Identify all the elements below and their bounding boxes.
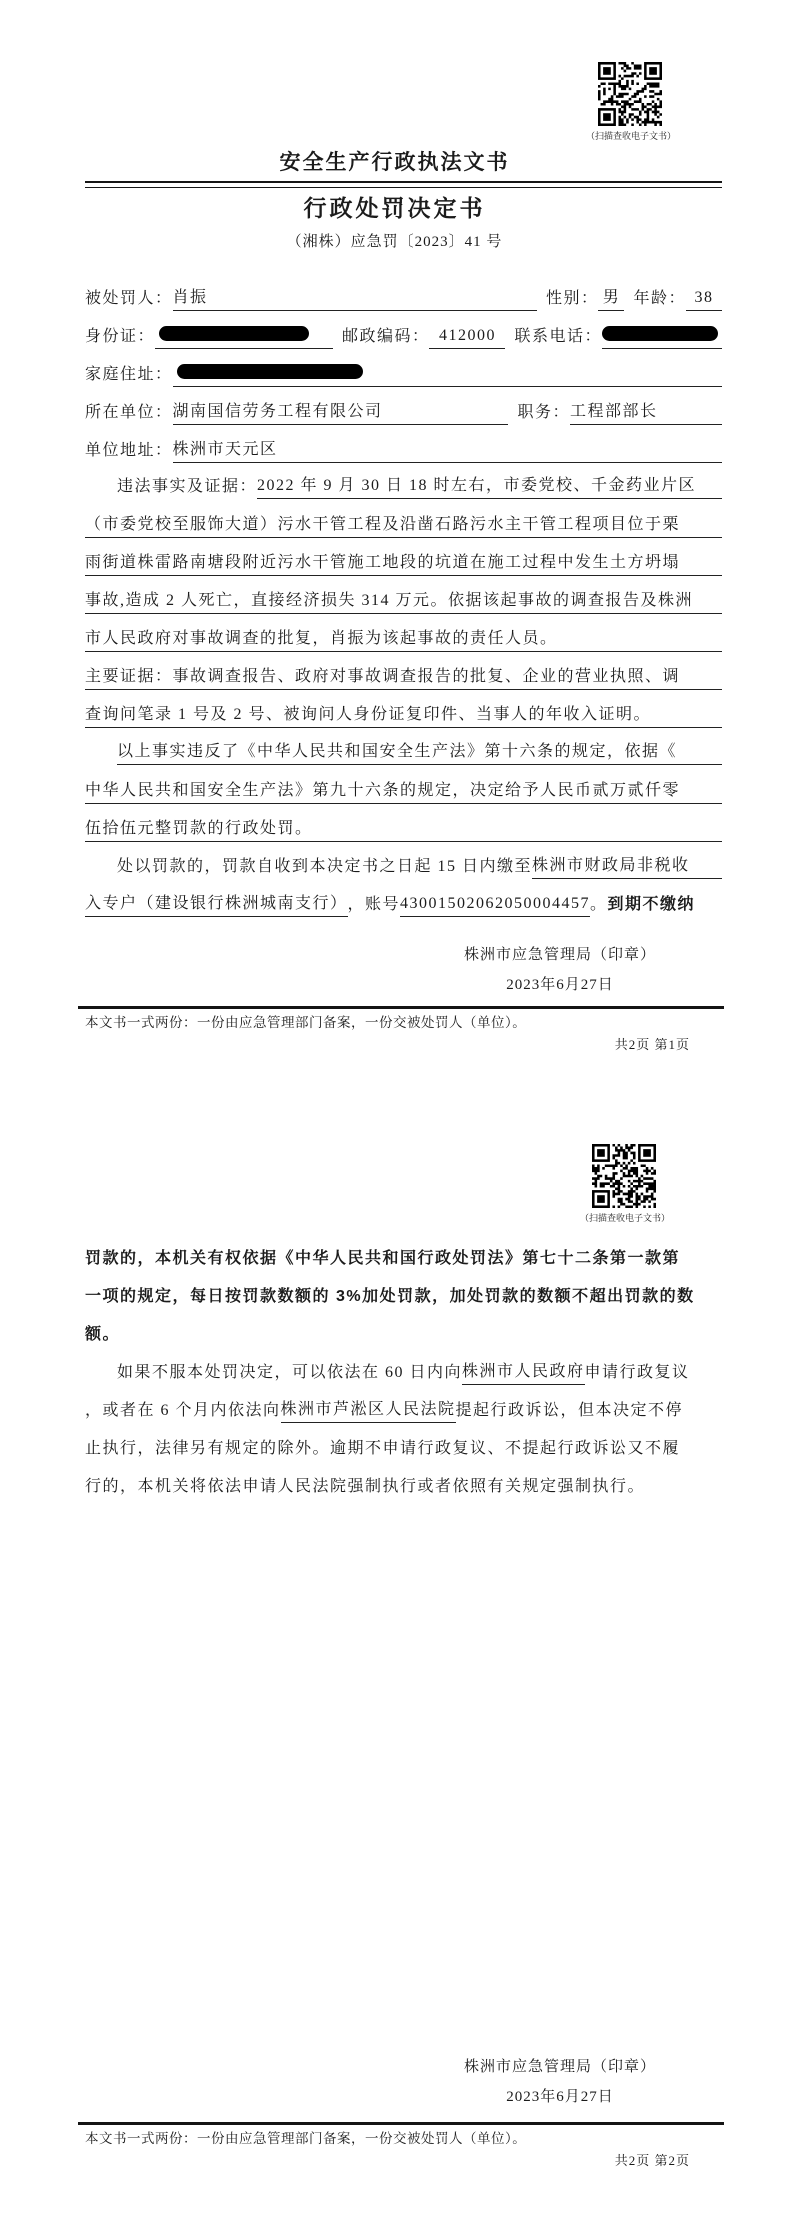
field-value-age: 38 — [686, 285, 722, 311]
facts-line: 违法事实及证据： 2022 年 9 月 30 日 18 时左右，市委党校、千金药… — [85, 474, 722, 499]
field-label-employer: 所在单位： — [85, 400, 173, 425]
facts-line: （市委党校至服饰大道）污水干管工程及沿凿石路污水主干管工程项目位于栗 — [85, 512, 722, 538]
signature-block: 株洲市应急管理局（印章） 2023年6月27日 — [430, 2052, 690, 2112]
surcharge-line: 额。 — [85, 1322, 722, 1347]
evidence-line: 主要证据：事故调查报告、政府对事故调查报告的批复、企业的营业执照、调 — [85, 664, 722, 690]
payment-text: 。 — [590, 892, 608, 917]
appeal-line: 止执行，法律另有规定的除外。逾期不申请行政复议、不提起行政诉讼又不履 — [85, 1436, 722, 1461]
field-row-employer: 所在单位： 湖南国信劳务工程有限公司 职务： 工程部部长 — [85, 400, 722, 425]
qr-caption: （扫描查收电子文书） — [550, 1211, 700, 1224]
appeal-court: 株洲市芦淞区人民法院 — [281, 1397, 456, 1423]
appeal-text: 如果不服本处罚决定，可以依法在 60 日内向 — [117, 1360, 462, 1385]
surcharge-line: 罚款的，本机关有权依据《中华人民共和国行政处罚法》第七十二条第一款第 — [85, 1246, 722, 1271]
evidence-line: 查询问笔录 1 号及 2 号、被询问人身份证复印件、当事人的年收入证明。 — [85, 702, 722, 728]
qr-code-icon — [598, 62, 662, 126]
field-row-unit-address: 单位地址： 株洲市天元区 — [85, 438, 722, 463]
field-label-position: 职务： — [517, 400, 570, 425]
ruling-text: 以上事实违反了《中华人民共和国安全生产法》第十六条的规定，依据《 — [117, 739, 722, 765]
field-label-id: 身份证： — [85, 324, 155, 349]
redaction-box-phone — [602, 326, 718, 341]
footer-divider — [78, 2122, 724, 2125]
field-label-gender: 性别： — [546, 286, 599, 311]
qr-code-icon — [592, 1144, 656, 1208]
field-value-unit-address: 株洲市天元区 — [173, 437, 722, 463]
signature-date: 2023年6月27日 — [430, 970, 690, 1000]
field-label-home: 家庭住址： — [85, 362, 173, 387]
surcharge-line: 一项的规定，每日按罚款数额的 3%加处罚款，加处罚款的数额不超出罚款的数 — [85, 1284, 722, 1309]
doc-number: （湘株）应急罚〔2023〕41 号 — [0, 230, 789, 251]
field-label-phone: 联系电话： — [514, 324, 602, 349]
field-label-punished: 被处罚人： — [85, 286, 173, 311]
page-indicator: 共2页 第2页 — [85, 2150, 690, 2169]
redaction-box-id — [159, 326, 309, 341]
payment-text: 处以罚款的，罚款自收到本决定书之日起 15 日内缴至 — [117, 854, 532, 879]
facts-line: 事故,造成 2 人死亡，直接经济损失 314 万元。依据该起事故的调查报告及株洲 — [85, 588, 722, 614]
facts-line: 市人民政府对事故调查的批复，肖振为该起事故的责任人员。 — [85, 626, 722, 652]
decision-title: 行政处罚决定书 — [0, 190, 789, 223]
payment-text: ，账号 — [348, 892, 401, 917]
appeal-authority: 株洲市人民政府 — [462, 1359, 585, 1385]
field-row-home-address: 家庭住址： — [85, 362, 722, 387]
double-rule-divider — [85, 181, 722, 188]
appeal-text: 申请行政复议 — [585, 1360, 690, 1385]
field-value-id — [155, 323, 333, 349]
appeal-text: 提起行政诉讼，但本决定不停 — [456, 1398, 684, 1423]
appeal-line: 如果不服本处罚决定，可以依法在 60 日内向 株洲市人民政府 申请行政复议 — [85, 1360, 722, 1385]
field-row-punished-person: 被处罚人： 肖振 性别： 男 年龄： 38 — [85, 286, 722, 311]
footer-divider — [78, 1006, 724, 1009]
payment-account-bank: 株洲市财政局非税收 — [532, 853, 722, 879]
payment-account-number: 43001502062050004457 — [400, 891, 590, 917]
appeal-line: ，或者在 6 个月内依法向 株洲市芦淞区人民法院 提起行政诉讼，但本决定不停 — [85, 1398, 722, 1423]
signature-agency: 株洲市应急管理局（印章） — [430, 2052, 690, 2082]
payment-warning-bold: 到期不缴纳 — [608, 892, 696, 917]
footer-note: 本文书一式两份：一份由应急管理部门备案，一份交被处罚人（单位）。 — [85, 1014, 722, 1032]
signature-date: 2023年6月27日 — [430, 2082, 690, 2112]
field-value-employer: 湖南国信劳务工程有限公司 — [173, 399, 509, 425]
ruling-line: 伍拾伍元整罚款的行政处罚。 — [85, 816, 722, 842]
payment-line: 处以罚款的，罚款自收到本决定书之日起 15 日内缴至 株洲市财政局非税收 — [85, 854, 722, 879]
qr-caption: （扫描查收电子文书） — [556, 129, 706, 142]
field-value-postcode: 412000 — [429, 323, 505, 349]
facts-text: 2022 年 9 月 30 日 18 时左右，市委党校、千金药业片区 — [257, 473, 722, 499]
field-value-phone — [602, 323, 722, 349]
page-indicator: 共2页 第1页 — [85, 1034, 690, 1053]
letterhead-title: 安全生产行政执法文书 — [0, 146, 789, 176]
field-row-id-postcode-phone: 身份证： 邮政编码： 412000 联系电话： — [85, 324, 722, 349]
field-label-postcode: 邮政编码： — [342, 324, 430, 349]
appeal-line: 行的，本机关将依法申请人民法院强制执行或者依照有关规定强制执行。 — [85, 1474, 722, 1499]
payment-line: 入专户（建设银行株洲城南支行） ，账号 43001502062050004457… — [85, 892, 722, 917]
ruling-line: 中华人民共和国安全生产法》第九十六条的规定，决定给予人民币贰万贰仟零 — [85, 778, 722, 804]
appeal-text: ，或者在 6 个月内依法向 — [85, 1398, 281, 1423]
facts-line: 雨街道株雷路南塘段附近污水干管施工地段的坑道在施工过程中发生土方坍塌 — [85, 550, 722, 576]
field-value-punished: 肖振 — [173, 285, 537, 311]
penalty-decision-document: （扫描查收电子文书） 安全生产行政执法文书 行政处罚决定书 （湘株）应急罚〔20… — [0, 0, 789, 2236]
signature-block: 株洲市应急管理局（印章） 2023年6月27日 — [430, 940, 690, 1000]
ruling-line: 以上事实违反了《中华人民共和国安全生产法》第十六条的规定，依据《 — [85, 740, 722, 765]
footer-note: 本文书一式两份：一份由应急管理部门备案，一份交被处罚人（单位）。 — [85, 2130, 722, 2148]
redaction-box-home-address — [177, 364, 363, 379]
field-value-home — [173, 361, 722, 387]
payment-account-bank: 入专户（建设银行株洲城南支行） — [85, 891, 348, 917]
field-value-position: 工程部部长 — [570, 399, 722, 425]
field-label-age: 年龄： — [633, 286, 686, 311]
signature-agency: 株洲市应急管理局（印章） — [430, 940, 690, 970]
field-value-gender: 男 — [598, 285, 624, 311]
facts-label: 违法事实及证据： — [117, 474, 257, 499]
field-label-unit-address: 单位地址： — [85, 438, 173, 463]
